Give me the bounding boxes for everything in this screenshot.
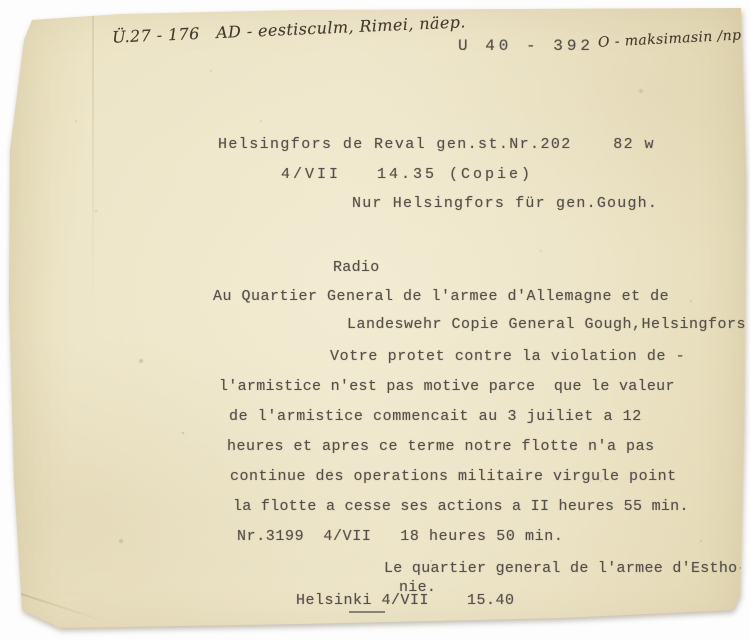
- typed-reference-number: U 40 - 392: [458, 37, 594, 55]
- telegram-address-line-2: Landeswehr Copie General Gough,Helsingfo…: [347, 316, 750, 333]
- handwritten-archival-note-right: O - maksimasin /np.: [598, 27, 747, 51]
- handwritten-archival-note-left: Ü.27 - 176 AD - eestisculm, Rimei, näep.: [112, 12, 466, 46]
- typed-underline-mark: [349, 611, 385, 613]
- telegram-body-line-2: l'armistice n'est pas motive parce que l…: [219, 378, 675, 395]
- telegram-body-line-6: la flotte a cesse ses actions a II heure…: [233, 498, 689, 515]
- paper-speckles: [0, 0, 2, 2]
- telegram-footer-received-line: Helsinki 4/VII 15.40: [296, 592, 515, 609]
- paper-shadow-wrapper: Ü.27 - 176 AD - eestisculm, Rimei, näep.…: [0, 0, 750, 641]
- telegram-header-origin-line: Helsingfors de Reval gen.st.Nr.202 82 w: [218, 136, 655, 153]
- telegram-body-line-3: de l'armistice commencait au 3 juiliet a…: [229, 408, 642, 425]
- telegram-address-line-1: Au Quartier General de l'armee d'Allemag…: [213, 288, 669, 305]
- telegram-body-line-5: continue des operations militaire virgul…: [230, 468, 677, 485]
- telegram-body-line-4: heures et apres ce terme notre flotte n'…: [227, 438, 655, 455]
- document-paper: Ü.27 - 176 AD - eestisculm, Rimei, näep.…: [0, 0, 750, 641]
- telegram-signature-line-1: Le quartier general de l'armee d'Estho-: [384, 560, 747, 577]
- telegram-body-line-1: Votre protet contre la violation de -: [330, 348, 685, 365]
- radio-label: Radio: [333, 259, 380, 276]
- paper-crease-vertical: [92, 14, 94, 314]
- paper-crease-bottom-left: [18, 592, 104, 622]
- telegram-header-date-line: 4/VII 14.35 (Copie): [281, 166, 533, 183]
- telegram-header-routing-line: Nur Helsingfors für gen.Gough.: [352, 195, 658, 212]
- scanned-document-page: Ü.27 - 176 AD - eestisculm, Rimei, näep.…: [0, 0, 750, 641]
- telegram-number-time-line: Nr.3199 4/VII 18 heures 50 min.: [237, 528, 563, 545]
